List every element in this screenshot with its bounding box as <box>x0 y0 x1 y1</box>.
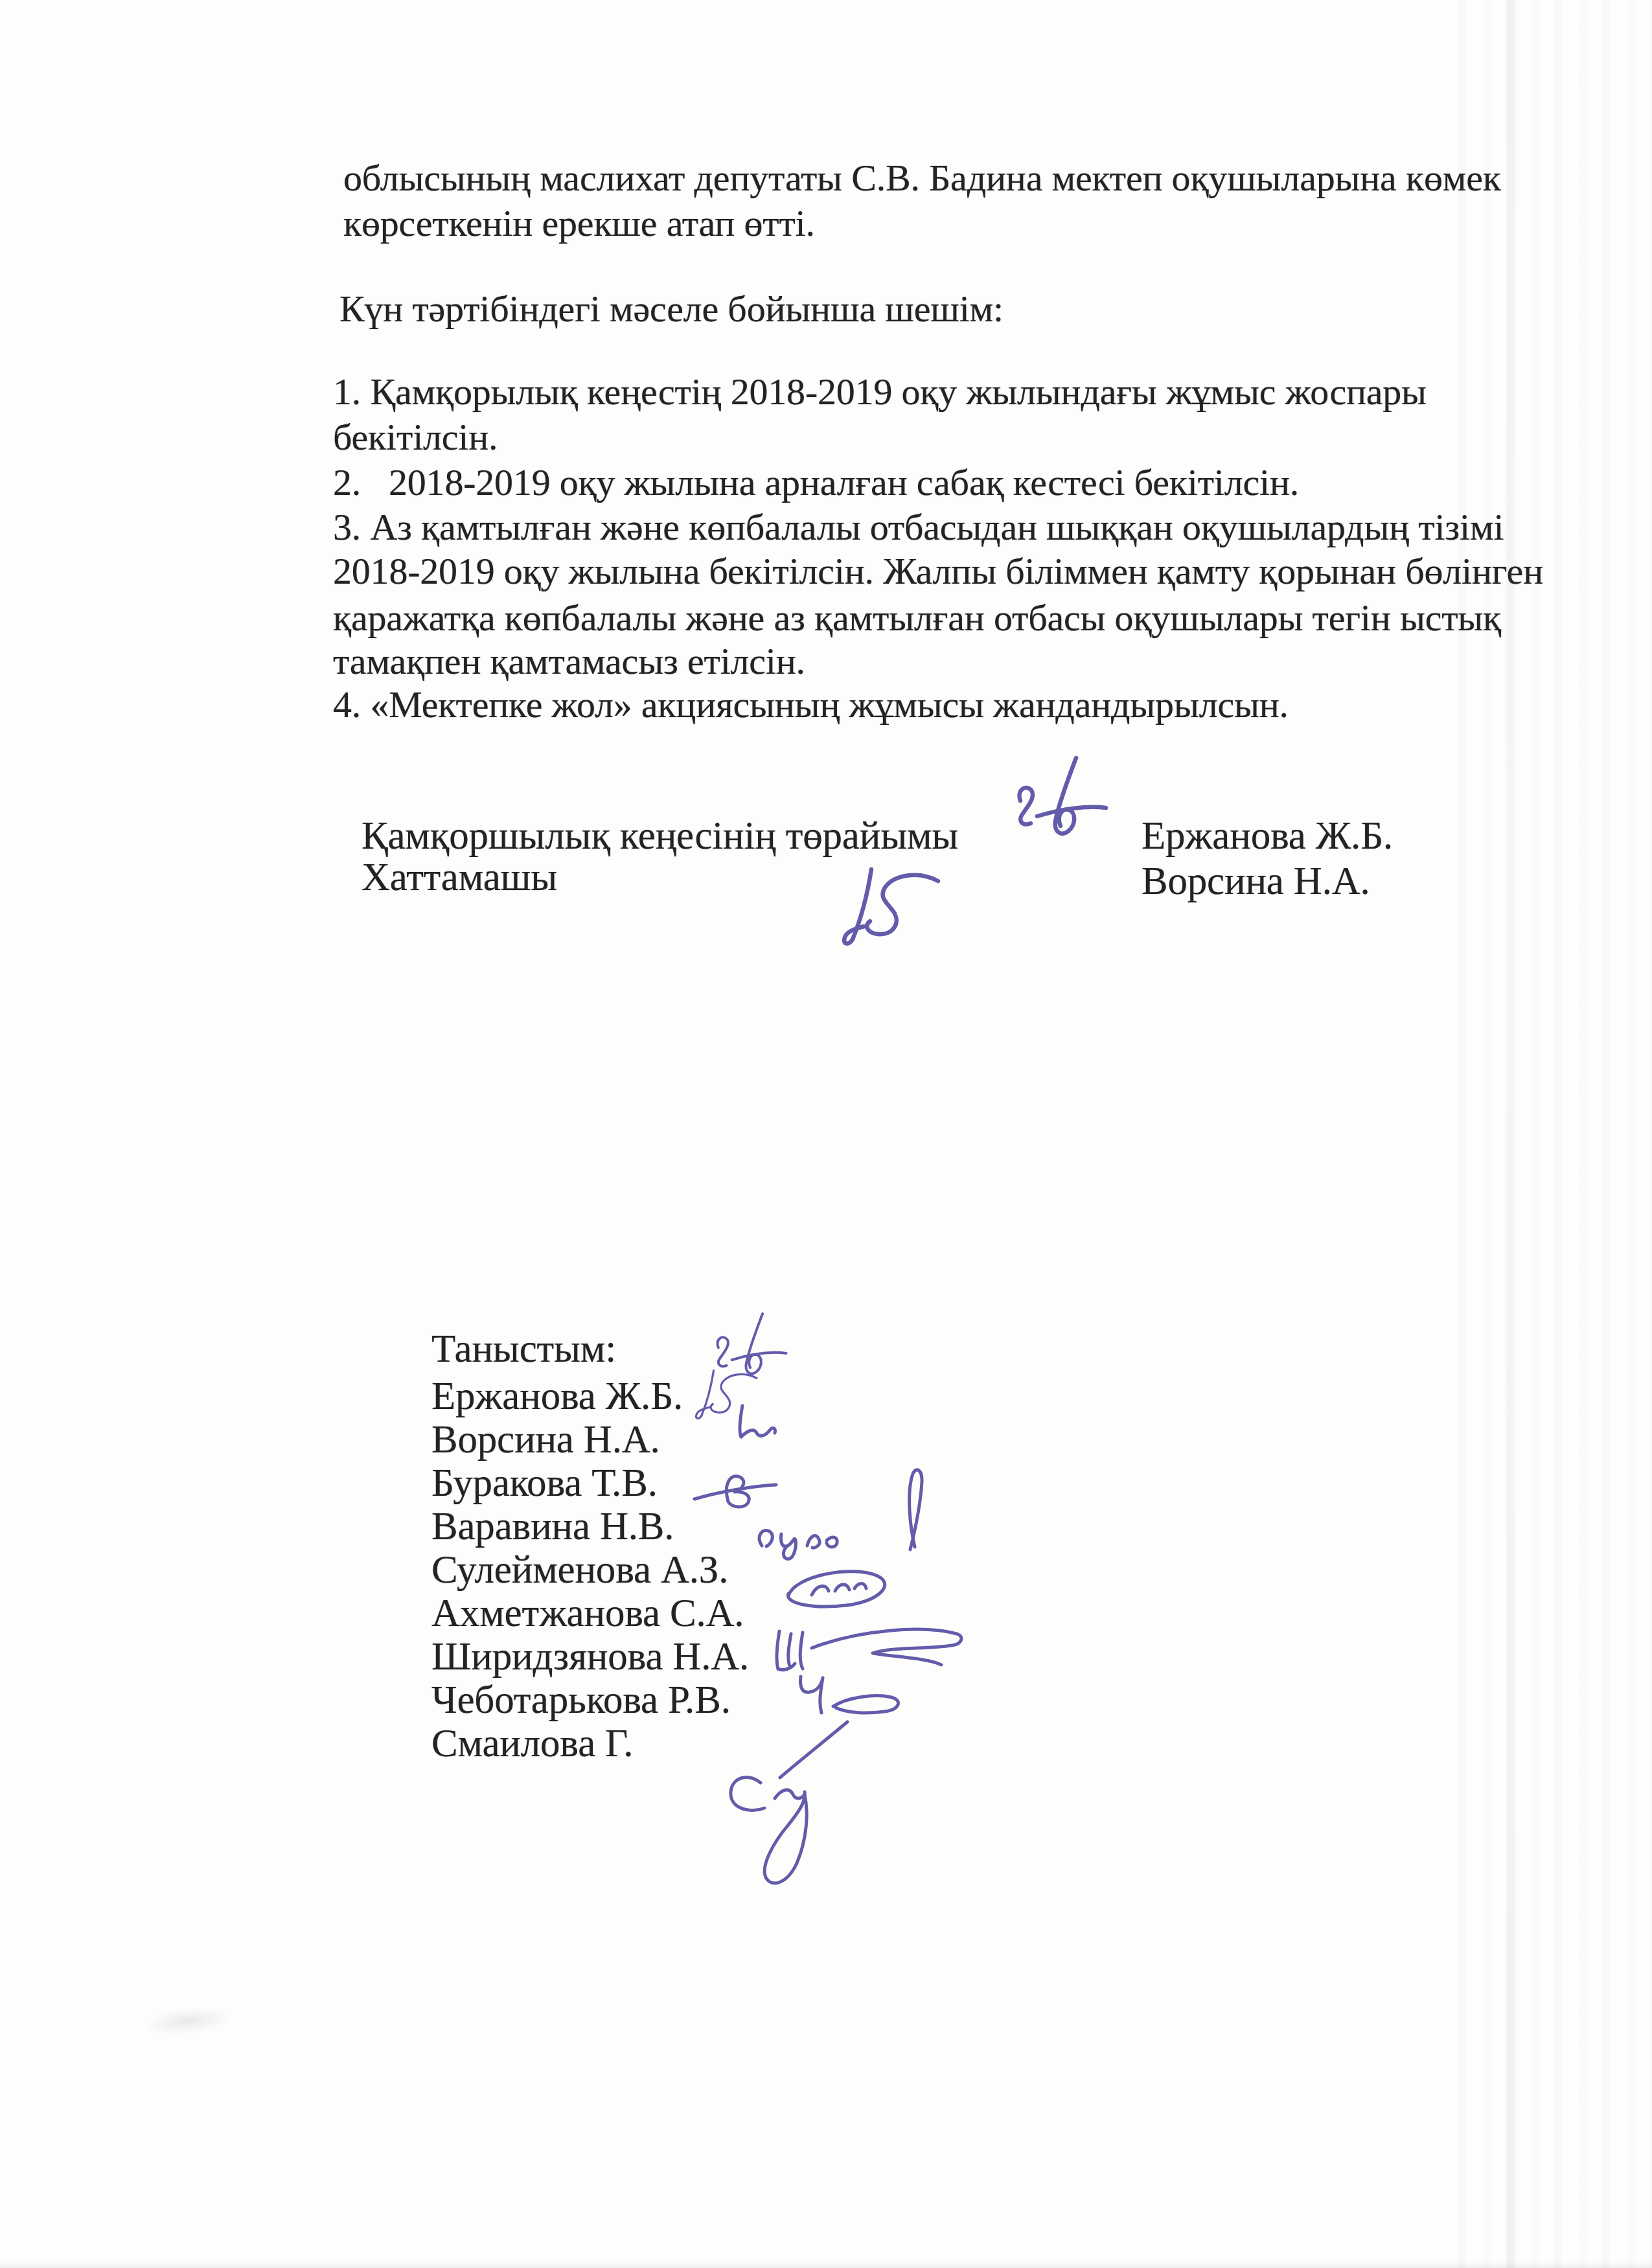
chair-name: Ержанова Ж.Б. <box>1141 814 1393 859</box>
chair-role-label: Қамқоршылық кеңесінің төрайымы <box>361 814 958 859</box>
acknowledged-name: Ержанова Ж.Б. <box>431 1374 683 1419</box>
signature-burakova <box>731 1401 799 1446</box>
acknowledged-name: Буракова Т.В. <box>431 1461 658 1506</box>
decision-line: бекітілсін. <box>333 416 498 459</box>
acknowledged-name: Чеботарькова Р.В. <box>431 1678 731 1723</box>
acknowledged-name: Ахметжанова С.А. <box>431 1591 744 1636</box>
scan-streak <box>1507 0 1516 2268</box>
decision-line: 1. Қамқорылық кеңестің 2018-2019 оқу жыл… <box>333 371 1427 414</box>
decision-line: 2018-2019 оқу жылына бекітілсін. Жалпы б… <box>333 550 1543 593</box>
decision-line: қаражатқа көпбалалы және аз қамтылған от… <box>333 597 1501 640</box>
agenda-heading: Күн тәртібіндегі мәселе бойынша шешім: <box>339 288 1004 331</box>
decision-line: 3. Аз қамтылған және көпбалалы отбасыдан… <box>333 506 1504 549</box>
secretary-name: Ворсина Н.А. <box>1141 859 1370 904</box>
signature-smailova <box>720 1715 850 1890</box>
intro-line-2: көрсеткенін ерекше атап өтті. <box>343 202 815 246</box>
acknowledged-name: Смаилова Г. <box>431 1721 633 1767</box>
acknowledged-name: Варавина Н.В. <box>431 1504 674 1550</box>
acknowledged-heading: Таныстым: <box>431 1327 616 1372</box>
secretary-role-label: Хаттамашы <box>361 855 557 900</box>
signature-suleimenova <box>745 1463 939 1573</box>
acknowledged-name: Сулейменова А.З. <box>431 1548 728 1593</box>
intro-line-1: облысының маслихат депутаты С.В. Бадина … <box>343 157 1501 200</box>
decision-line: 4. «Мектепке жол» акциясының жұмысы жанд… <box>333 683 1289 727</box>
scanned-document-page: облысының маслихат депутаты С.В. Бадина … <box>0 0 1652 2268</box>
acknowledged-name: Ширидзянова Н.А. <box>431 1634 749 1680</box>
paper-crease <box>143 2004 232 2039</box>
signature-chair <box>1001 753 1111 843</box>
scan-bottom-shadow <box>0 2262 1652 2268</box>
decision-line: тамақпен қамтамасыз етілсін. <box>333 640 805 683</box>
decision-line: 2. 2018-2019 оқу жылына арналған сабақ к… <box>333 461 1299 505</box>
signature-secretary <box>810 862 946 962</box>
scan-streaks <box>1458 0 1652 2268</box>
acknowledged-name: Ворсина Н.А. <box>431 1417 660 1463</box>
